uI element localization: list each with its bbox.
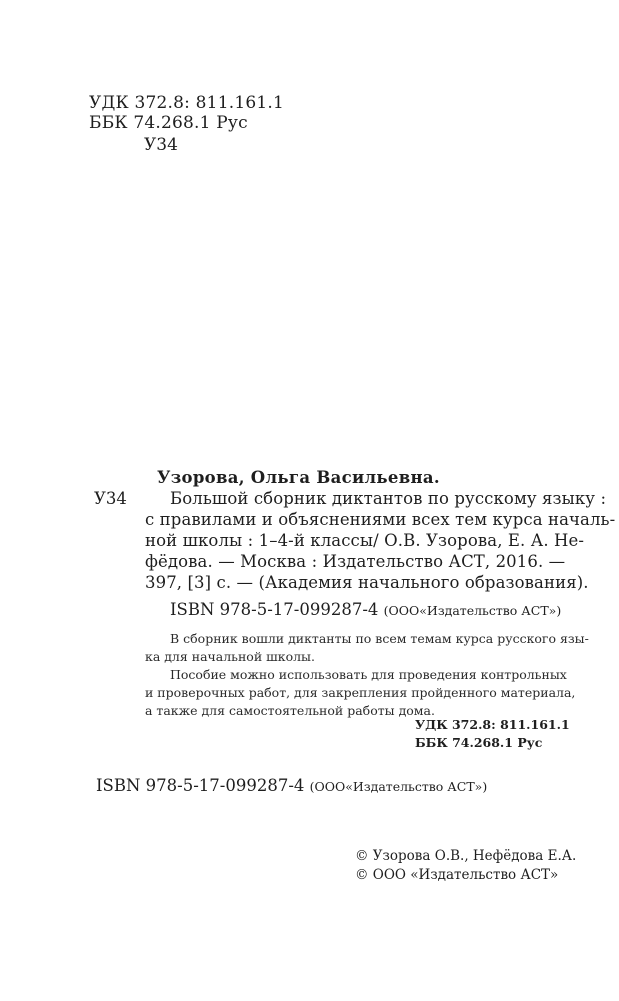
card-bbk-code: ББК 74.268.1 Рус [415, 735, 542, 750]
annotation-line: ка для начальной школы. [145, 649, 315, 664]
copyright-publisher: © ООО «Издательство АСТ» [355, 867, 558, 883]
isbn-number: ISBN 978-5-17-099287-4 [170, 600, 378, 619]
card-isbn: ISBN 978-5-17-099287-4 (ООО«Издательство… [170, 600, 561, 619]
annotation-line: В сборник вошли диктанты по всем темам к… [170, 631, 589, 646]
udk-code: УДК 372.8: 811.161.1 [89, 93, 284, 113]
card-author-mark: У34 [94, 489, 127, 508]
card-description-line: ной школы : 1–4-й классы/ О.В. Узорова, … [145, 531, 584, 550]
card-author: Узорова, Ольга Васильевна. [157, 468, 440, 487]
card-description-line: 397, [3] с. — (Академия начального образ… [145, 573, 589, 592]
isbn-publisher: (ООО«Издательство АСТ») [310, 779, 488, 794]
bbk-code: ББК 74.268.1 Рус [89, 113, 248, 133]
annotation-line: Пособие можно использовать для проведени… [170, 667, 567, 682]
copyright-authors: © Узорова О.В., Нефёдова Е.А. [355, 848, 576, 864]
annotation-line: а также для самостоятельной работы дома. [145, 703, 435, 718]
card-udk-code: УДК 372.8: 811.161.1 [415, 717, 570, 732]
isbn-number: ISBN 978-5-17-099287-4 [96, 776, 304, 795]
imprint-isbn: ISBN 978-5-17-099287-4 (ООО«Издательство… [96, 776, 487, 795]
annotation-line: и проверочных работ, для закрепления про… [145, 685, 575, 700]
author-mark: У34 [144, 135, 178, 155]
card-description-line: Большой сборник диктантов по русскому яз… [170, 489, 606, 508]
isbn-publisher: (ООО«Издательство АСТ») [384, 603, 562, 618]
card-description-line: с правилами и объяснениями всех тем курс… [145, 510, 615, 529]
card-description-line: фёдова. — Москва : Издательство АСТ, 201… [145, 552, 565, 571]
